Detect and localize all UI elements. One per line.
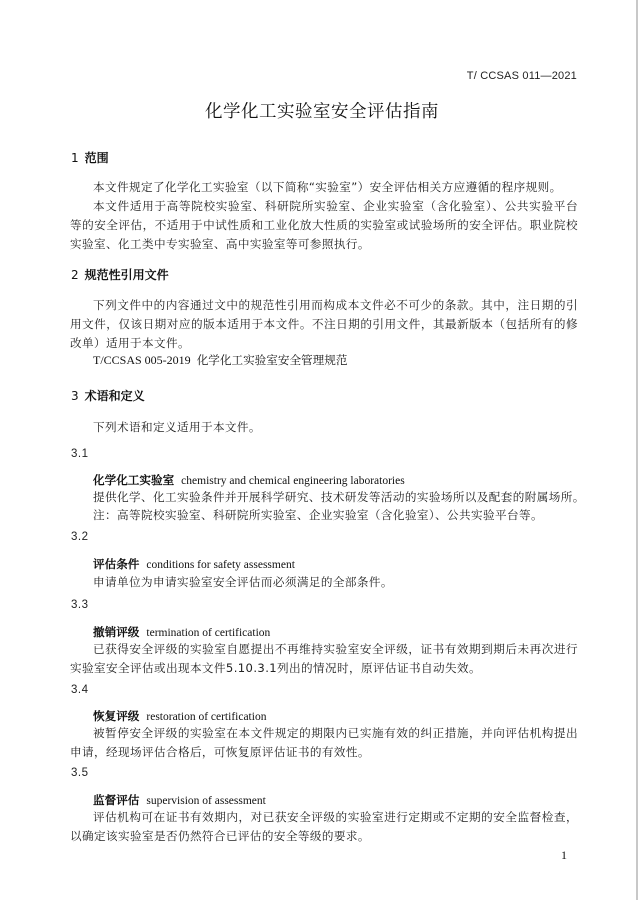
term-definition: 已获得安全评级的实验室自愿提出不再维持实验室安全评级，证书有效期到期后未再次进行… — [70, 640, 578, 678]
term-en: termination of certification — [146, 627, 270, 639]
term-zh: 监督评估 — [93, 793, 139, 807]
section-number: 2 — [71, 268, 79, 282]
term-number: 3.3 — [71, 599, 89, 611]
document-code: T/ CCSAS 011—2021 — [467, 70, 577, 82]
section-heading-terms: 3术语和定义 — [71, 387, 145, 404]
page-number: 1 — [561, 848, 567, 863]
term-title: 恢复评级restoration of certification — [93, 708, 266, 724]
term-number: 3.5 — [71, 767, 89, 779]
term-en: supervision of assessment — [146, 795, 265, 807]
term-title: 评估条件conditions for safety assessment — [93, 556, 295, 572]
reference-code: T/CCSAS 005-2019 — [93, 353, 191, 367]
section-title: 范围 — [85, 151, 109, 165]
reference-name: 化学化工实验室安全管理规范 — [197, 353, 348, 367]
page-edge-border — [636, 0, 638, 900]
term-number: 3.4 — [71, 684, 89, 696]
term-en: restoration of certification — [146, 711, 266, 723]
term-note: 注：高等院校实验室、科研院所实验室、企业实验室（含化验室）、公共实验平台等。 — [93, 507, 543, 523]
term-number: 3.2 — [71, 531, 89, 543]
document-title: 化学化工实验室安全评估指南 — [0, 98, 639, 123]
scope-paragraph-1: 本文件规定了化学化工实验室（以下简称“实验室”）安全评估相关方应遵循的程序规则。 — [70, 178, 578, 197]
section-number: 3 — [71, 389, 79, 403]
section-title: 规范性引用文件 — [85, 268, 169, 282]
term-zh: 撤销评级 — [93, 625, 139, 639]
term-title: 化学化工实验室chemistry and chemical engineerin… — [93, 472, 405, 488]
term-number: 3.1 — [71, 448, 89, 460]
terms-intro: 下列术语和定义适用于本文件。 — [93, 419, 261, 435]
scope-paragraph-2: 本文件适用于高等院校实验室、科研院所实验室、企业实验室（含化验室）、公共实验平台… — [70, 197, 578, 254]
section-number: 1 — [71, 151, 79, 165]
term-definition: 申请单位为申请实验室安全评估而必须满足的全部条件。 — [93, 574, 393, 590]
term-definition: 评估机构可在证书有效期内，对已获安全评级的实验室进行定期或不定期的安全监督检查，… — [70, 808, 578, 846]
term-en: chemistry and chemical engineering labor… — [181, 475, 405, 487]
term-definition: 提供化学、化工实验条件并开展科学研究、技术研发等活动的实验场所以及配套的附属场所… — [93, 489, 585, 505]
section-heading-normative-references: 2规范性引用文件 — [71, 266, 169, 283]
reference-item: T/CCSAS 005-2019化学化工实验室安全管理规范 — [93, 352, 347, 368]
term-zh: 评估条件 — [93, 557, 139, 571]
section-heading-scope: 1范围 — [71, 149, 109, 166]
term-title: 监督评估supervision of assessment — [93, 792, 266, 808]
term-en: conditions for safety assessment — [146, 559, 295, 571]
section-title: 术语和定义 — [85, 389, 145, 403]
term-title: 撤销评级termination of certification — [93, 624, 270, 640]
term-definition: 被暂停安全评级的实验室在本文件规定的期限内已实施有效的纠正措施，并向评估机构提出… — [70, 724, 578, 762]
term-zh: 恢复评级 — [93, 709, 139, 723]
references-paragraph: 下列文件中的内容通过文中的规范性引用而构成本文件必不可少的条款。其中，注日期的引… — [70, 296, 578, 353]
term-zh: 化学化工实验室 — [93, 473, 174, 487]
